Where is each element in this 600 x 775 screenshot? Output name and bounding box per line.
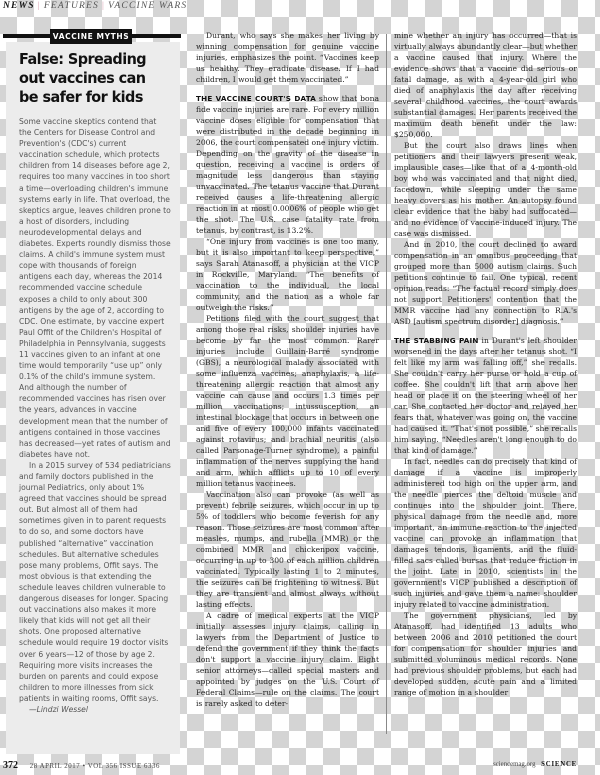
article-paragraph-runin: THE STABBING PAIN in Durant's left shoul… (394, 335, 577, 456)
sidebar-title: False: Spreading out vaccines can be saf… (19, 50, 168, 107)
article-paragraph: mine whether an injury has occurred—that… (394, 30, 577, 140)
column-divider (386, 34, 387, 734)
article-paragraph: The government physicians, led by Atanas… (394, 610, 577, 698)
page-footer: 372 28 APRIL 2017 • VOL 356 ISSUE 6336 s… (3, 760, 577, 772)
journal-brand: SCIENCE (541, 761, 577, 768)
sidebar-paragraph: Some vaccine skeptics contend that the C… (19, 116, 171, 460)
footer-right: sciencemag.org SCIENCE (493, 761, 577, 768)
article-column-middle: Durant, who says she makes her living by… (196, 30, 379, 709)
article-paragraph: Vaccination also can provoke (as well as… (196, 489, 379, 610)
article-paragraph: And in 2010, the court declined to award… (394, 239, 577, 327)
sidebar-tag: VACCINE MYTHS (50, 29, 132, 44)
runin-heading: THE VACCINE COURT'S DATA (196, 94, 316, 103)
article-paragraph: “One injury from vaccines is one too man… (196, 236, 379, 313)
section-breadcrumb: NEWS|FEATURES|VACCINE WARS (3, 1, 187, 15)
runin-heading: THE STABBING PAIN (394, 336, 479, 345)
article-paragraph: But the court also draws lines when peti… (394, 140, 577, 239)
article-paragraph-runin: THE VACCINE COURT'S DATA show that bona … (196, 93, 379, 236)
article-column-right: mine whether an injury has occurred—that… (394, 30, 577, 698)
sidebar-paragraph: In a 2015 survey of 534 pediatricians an… (19, 460, 171, 704)
breadcrumb-separator: | (38, 1, 41, 11)
breadcrumb-separator: | (102, 1, 105, 11)
site-link[interactable]: sciencemag.org (493, 761, 535, 768)
article-paragraph: Durant, who says she makes her living by… (196, 30, 379, 85)
sidebar-body: Some vaccine skeptics contend that the C… (19, 116, 171, 715)
page-number: 372 (3, 760, 18, 771)
breadcrumb-features: FEATURES (44, 1, 99, 11)
breadcrumb-topic: VACCINE WARS (108, 1, 187, 11)
article-paragraph: In fact, needles can do precisely that k… (394, 456, 577, 610)
article-paragraph-text: in Durant's left shoulder worsened in th… (394, 336, 577, 455)
article-paragraph: A cadre of medical experts at the VICP i… (196, 610, 379, 709)
issue-info: 28 APRIL 2017 • VOL 356 ISSUE 6336 (30, 763, 160, 770)
article-paragraph-text: show that bona fide vaccine injuries are… (196, 94, 379, 235)
breadcrumb-news: NEWS (3, 1, 35, 11)
article-paragraph: Petitions filed with the court suggest t… (196, 313, 379, 489)
sidebar-byline: —Lindzi Wessel (19, 704, 171, 715)
